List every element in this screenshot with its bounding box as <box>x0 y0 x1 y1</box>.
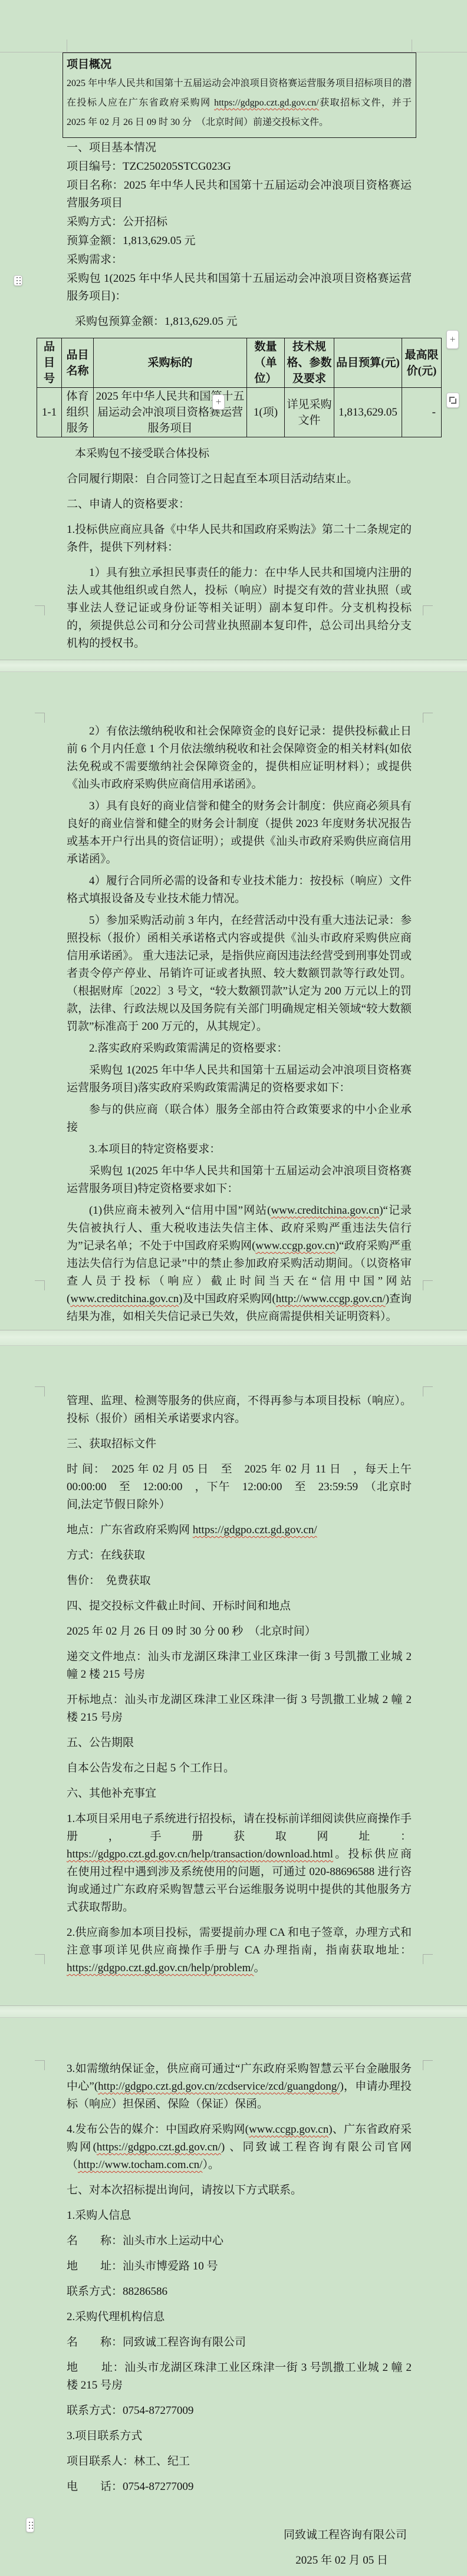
text-boundary-corner <box>35 605 45 615</box>
text-boundary-corner <box>423 713 433 723</box>
text-run: 采购包预算金额：1,813,629.05 元 <box>75 315 238 328</box>
signature-date: 2025 年 02 月 05 日 <box>67 2552 412 2570</box>
header-quantity: 数量（单位） <box>247 338 285 388</box>
text-run: 名 称：同致诚工程咨询有限公司 <box>67 2336 246 2348</box>
text-run: 六、其他补充事宜 <box>67 1787 156 1800</box>
paragraph: 名 称：汕头市水上运动中心 <box>67 2232 412 2250</box>
paragraph: 2.采购代理机构信息 <box>67 2308 412 2326</box>
text-run: 项目名称：2025 年中华人民共和国第十五届运动会冲浪项目资格赛运营服务项目 <box>67 179 412 209</box>
cell-tech-spec: 详见采购文件 <box>285 388 334 437</box>
paragraph: 1.采购人信息 <box>67 2207 412 2225</box>
paragraph: 2）有依法缴纳税收和社会保障资金的良好记录：提供投标截止日前 6 个月内任意 1… <box>67 723 412 793</box>
paragraph: 三、获取招标文件 <box>67 1435 412 1453</box>
text-run: 参与的供应商（联合体）服务全部由符合政策要求的中小企业承接 <box>67 1103 412 1134</box>
text-run: 递交文件地点：汕头市龙湖区珠津工业区珠津一街 3 号凯撒工业城 2 幢 2 楼 … <box>67 1651 412 1681</box>
text-run: 合同履行期限：自合同签订之日起直至本项目活动结束止。 <box>67 473 358 485</box>
text-run: 地点：广东省政府采购网 <box>67 1524 193 1536</box>
page-3-body: 管理、监理、检测等服务的供应商，不得再参与本项目投标（响应）。投标（报价）函相关… <box>67 1346 412 1977</box>
paragraph: 六、其他补充事宜 <box>67 1785 412 1803</box>
paragraph: 采购包预算金额：1,813,629.05 元 <box>67 313 412 331</box>
dots-icon <box>29 2522 30 2523</box>
text-run: 电 话：0754-87277009 <box>67 2481 193 2493</box>
url-text: www.creditchina.gov.cn <box>70 1293 179 1305</box>
url-text: http://www.ccgp.gov.cn/ <box>276 1293 386 1305</box>
procurement-items-table: 品目号 品目名称 采购标的 数量（单位） 技术规格、参数及要求 品目预算(元) … <box>37 338 442 437</box>
text-run: 时 间： 2025 年 02 月 05 日 至 2025 年 02 月 11 日… <box>67 1463 423 1511</box>
paragraph: 时 间： 2025 年 02 月 05 日 至 2025 年 02 月 11 日… <box>67 1461 412 1514</box>
text-run: 3.项目联系方式 <box>67 2430 142 2442</box>
text-run: (1)供应商未被列入“信用中国”网站( <box>89 1204 271 1217</box>
text-run: 5）参加采购活动前 3 年内，在经营活动中没有重大违法记录：参照投标（报价）函相… <box>67 914 412 1033</box>
paragraph: 自本公告发布之日起 5 个工作日。 <box>67 1760 412 1777</box>
text-run: 1.本项目采用电子系统进行招投标，请在投标前详细阅读供应商操作手册，手册获取网址… <box>67 1813 412 1843</box>
text-run: ）。 <box>202 2159 219 2171</box>
page-gap <box>0 660 467 672</box>
text-boundary-corner <box>423 1280 433 1290</box>
paragraph: 采购包 1(2025 年中华人民共和国第十五届运动会冲浪项目资格赛运营服务项目)… <box>67 1062 412 1097</box>
cell-quantity: 1(项) <box>247 388 285 437</box>
text-boundary-corner <box>423 2060 433 2070</box>
paragraph: 一、项目基本情况 <box>67 139 412 157</box>
text-run: )及中国政府采购网( <box>179 1293 276 1305</box>
paragraph: 地点：广东省政府采购网 https://gdgpo.czt.gd.gov.cn/ <box>67 1521 412 1539</box>
paragraph: 管理、监理、检测等服务的供应商，不得再参与本项目投标（响应）。投标（报价）函相关… <box>67 1392 412 1428</box>
url-text: https://gdgpo.czt.gd.gov.cn/ <box>97 2141 221 2153</box>
page-2-body: 2）有依法缴纳税收和社会保障资金的良好记录：提供投标截止日前 6 个月内任意 1… <box>67 672 412 1330</box>
paragraph: 采购包 1(2025 年中华人民共和国第十五届运动会冲浪项目资格赛运营服务项目)… <box>67 1162 412 1198</box>
dots-icon <box>17 277 18 278</box>
paragraph: 2025 年中华人民共和国第十五届运动会冲浪项目资格赛运营服务项目招标项目的潜在… <box>67 74 412 132</box>
paragraph: 1）具有独立承担民事责任的能力：在中华人民共和国境内注册的法人或其他组织或自然人… <box>67 564 412 653</box>
table-header-row: 品目号 品目名称 采购标的 数量（单位） 技术规格、参数及要求 品目预算(元) … <box>37 338 442 388</box>
paragraph: 3.如需缴纳保证金，供应商可通过“广东政府采购智慧云平台金融服务中心”(http… <box>67 2060 412 2113</box>
text-run: 五、公告期限 <box>67 1737 134 1749</box>
page-top-boundary-line <box>0 52 467 52</box>
text-run: 自本公告发布之日起 5 个工作日。 <box>67 1762 235 1774</box>
paragraph: 2025 年 02 月 26 日 09 时 30 分 00 秒 （北京时间） <box>67 1623 412 1641</box>
text-boundary-corner <box>35 713 45 723</box>
signature-company: 同致诚工程咨询有限公司 <box>67 2526 412 2544</box>
text-run: 一、项目基本情况 <box>67 141 156 154</box>
cell-price-limit: - <box>402 388 442 437</box>
text-boundary-corner <box>423 1386 433 1396</box>
url-text: https://gdgpo.czt.gd.gov.cn/ <box>193 1524 317 1536</box>
drag-handle-icon[interactable] <box>26 2518 34 2532</box>
paragraph: 3）具有良好的商业信誉和健全的财务会计制度：供应商必须具有良好的商业信誉和健全的… <box>67 798 412 868</box>
text-run: 4.发布公告的媒介：中国政府采购网( <box>67 2123 249 2136</box>
paragraph: 2.落实政府采购政策需满足的资格要求： <box>67 1040 412 1058</box>
paragraph: 本采购包不接受联合体投标 <box>67 445 412 463</box>
text-run: 采购需求： <box>67 253 123 266</box>
text-run: 2）有依法缴纳税收和社会保障资金的良好记录：提供投标截止日前 6 个月内任意 1… <box>67 725 412 790</box>
text-boundary-corner <box>423 1954 433 1964</box>
url-text: http://gdgpo.czt.gd.gov.cn/zcdservice/zc… <box>98 2080 340 2093</box>
paragraph: 方式：在线获取 <box>67 1547 412 1564</box>
overview-title: 项目概况 <box>67 56 412 74</box>
text-run: 售价： 免费获取 <box>67 1574 151 1587</box>
page-4: 3.如需缴纳保证金，供应商可通过“广东政府采购智慧云平台金融服务中心”(http… <box>0 2018 467 2576</box>
margin-tick-left <box>67 39 67 52</box>
text-run: 联系方式：88286586 <box>67 2285 167 2298</box>
text-run: 七、对本次招标提出询问，请按以下方式联系。 <box>67 2184 302 2196</box>
text-boundary-corner <box>35 1386 45 1396</box>
text-run: 项目联系人：林工、纪工 <box>67 2455 190 2468</box>
cell-item-name: 体育组织服务 <box>62 388 94 437</box>
paragraph: 参与的供应商（联合体）服务全部由符合政策要求的中小企业承接 <box>67 1101 412 1137</box>
paragraph: 递交文件地点：汕头市龙湖区珠津工业区珠津一街 3 号凯撒工业城 2 幢 2 楼 … <box>67 1648 412 1684</box>
table-insert-button[interactable]: + <box>446 330 459 349</box>
table-row: 1-1 体育组织服务 2025 年中华人民共和国第十五届运动会冲浪项目资格赛运营… <box>37 388 442 437</box>
text-run: 四、提交投标文件截止时间、开标时间和地点 <box>67 1600 291 1612</box>
paragraph: 采购需求： <box>67 251 412 269</box>
text-run: 1）具有独立承担民事责任的能力：在中华人民共和国境内注册的法人或其他组织或自然人… <box>67 566 412 650</box>
text-run: 预算金额：1,813,629.05 元 <box>67 235 196 247</box>
header-price-limit: 最高限价(元) <box>402 338 442 388</box>
document-canvas: { "colors": { "background": "#cde3ca", "… <box>0 0 467 2576</box>
text-run: 地 址：汕头市博爱路 10 号 <box>67 2260 218 2272</box>
text-run: 管理、监理、检测等服务的供应商，不得再参与本项目投标（响应）。投标（报价）函相关… <box>67 1395 412 1425</box>
qualification-block: 本采购包不接受联合体投标合同履行期限：自合同签订之日起直至本项目活动结束止。二、… <box>67 445 412 653</box>
paragraph: 二、申请人的资格要求： <box>67 496 412 513</box>
paragraph: 联系方式：0754-87277009 <box>67 2402 412 2420</box>
resize-corners-icon <box>449 397 456 404</box>
text-run: 采购包 1(2025 年中华人民共和国第十五届运动会冲浪项目资格赛运营服务项目)… <box>67 1165 412 1195</box>
paragraph: 合同履行期限：自合同签订之日起直至本项目活动结束止。 <box>67 470 412 488</box>
url-text: www.ccgp.gov.cn <box>255 1240 335 1252</box>
text-run: 采购包 1(2025 年中华人民共和国第十五届运动会冲浪项目资格赛运营服务项目)… <box>67 1064 412 1094</box>
paragraph: 采购方式：公开招标 <box>67 213 412 231</box>
url-text: https://gdgpo.czt.gd.gov.cn/help/problem… <box>67 1962 254 1974</box>
text-run: 三、获取招标文件 <box>67 1438 156 1450</box>
page-4-body: 3.如需缴纳保证金，供应商可通过“广东政府采购智慧云平台金融服务中心”(http… <box>67 2018 412 2570</box>
paragraph: 项目名称：2025 年中华人民共和国第十五届运动会冲浪项目资格赛运营服务项目 <box>67 177 412 212</box>
text-boundary-corner <box>35 1954 45 1964</box>
text-run: 2.落实政府采购政策需满足的资格要求： <box>89 1042 288 1055</box>
paragraph: 名 称：同致诚工程咨询有限公司 <box>67 2334 412 2351</box>
paragraph: 3.项目联系方式 <box>67 2427 412 2445</box>
page-gap <box>0 2005 467 2018</box>
paragraph: 电 话：0754-87277009 <box>67 2478 412 2496</box>
text-run: 3.本项目的特定资格要求： <box>89 1143 221 1155</box>
paragraph: 地 址：汕头市博爱路 10 号 <box>67 2258 412 2275</box>
text-run: 。 <box>254 1962 265 1974</box>
text-run: 3）具有良好的商业信誉和健全的财务会计制度：供应商必须具有良好的商业信誉和健全的… <box>67 800 412 865</box>
cell-budget: 1,813,629.05 <box>334 388 402 437</box>
paragraph: 四、提交投标文件截止时间、开标时间和地点 <box>67 1597 412 1615</box>
url-text: www.creditchina.gov.cn <box>271 1204 379 1217</box>
text-boundary-corner <box>35 2060 45 2070</box>
contact-block: 3.如需缴纳保证金，供应商可通过“广东政府采购智慧云平台金融服务中心”(http… <box>67 2060 412 2496</box>
paragraph: 5）参加采购活动前 3 年内，在经营活动中没有重大违法记录：参照投标（报价）函相… <box>67 912 412 1036</box>
drag-handle-icon[interactable] <box>14 275 22 286</box>
paragraph: 1.本项目采用电子系统进行招投标，请在投标前详细阅读供应商操作手册，手册获取网址… <box>67 1810 412 1916</box>
header-item-no: 品目号 <box>37 338 62 388</box>
paragraph: 4.发布公告的媒介：中国政府采购网(www.ccgp.gov.cn)、广东省政府… <box>67 2121 412 2174</box>
paragraph: 开标地点：汕头市龙湖区珠津工业区珠津一街 3 号凯撒工业城 2 幢 2 楼 21… <box>67 1691 412 1727</box>
table-resize-button[interactable] <box>446 393 459 408</box>
header-budget: 品目预算(元) <box>334 338 402 388</box>
text-run: 名 称：汕头市水上运动中心 <box>67 2235 223 2247</box>
page-2: 2）有依法缴纳税收和社会保障资金的良好记录：提供投标截止日前 6 个月内任意 1… <box>0 672 467 1330</box>
text-run: 2025 年 02 月 26 日 09 时 30 分 00 秒 （北京时间） <box>67 1625 316 1638</box>
paragraph: 地 址：汕头市龙湖区珠津工业区珠津一街 3 号凯撒工业城 2 幢 2 楼 215… <box>67 2359 412 2394</box>
paragraph: 项目联系人：林工、纪工 <box>67 2453 412 2470</box>
text-boundary-corner <box>35 1280 45 1290</box>
url-text: www.ccgp.gov.cn <box>249 2123 328 2136</box>
text-run: 方式：在线获取 <box>67 1549 145 1562</box>
page-3: 管理、监理、检测等服务的供应商，不得再参与本项目投标（响应）。投标（报价）函相关… <box>0 1346 467 2005</box>
paragraph: 3.本项目的特定资格要求： <box>67 1141 412 1158</box>
page-gap <box>0 1330 467 1346</box>
basic-info-block: 一、项目基本情况项目编号：TZC250205STCG023G项目名称：2025 … <box>67 139 412 331</box>
page-1: 项目概况 2025 年中华人民共和国第十五届运动会冲浪项目资格赛运营服务项目招标… <box>0 0 467 660</box>
paragraph: 联系方式：88286586 <box>67 2283 412 2301</box>
text-run: 本采购包不接受联合体投标 <box>75 447 209 460</box>
text-run: 4）履行合同所必需的设备和专业技术能力：按投标（响应）文件格式填报设备及专业技术… <box>67 875 412 905</box>
text-run: 采购方式：公开招标 <box>67 216 167 228</box>
paragraph: 1.投标供应商应具备《中华人民共和国政府采购法》第二十二条规定的条件，提供下列材… <box>67 521 412 556</box>
text-run: 二、申请人的资格要求： <box>67 498 190 510</box>
text-run: 1.采购人信息 <box>67 2209 131 2222</box>
overview-body: 2025 年中华人民共和国第十五届运动会冲浪项目资格赛运营服务项目招标项目的潜在… <box>67 74 412 132</box>
paragraph: 项目编号：TZC250205STCG023G <box>67 158 412 176</box>
header-subject: 采购标的 <box>94 338 247 388</box>
margin-tick-right <box>412 39 412 52</box>
project-overview-box: 项目概况 2025 年中华人民共和国第十五届运动会冲浪项目资格赛运营服务项目招标… <box>63 52 416 138</box>
insert-button[interactable]: + <box>212 394 225 410</box>
cell-item-no: 1-1 <box>37 388 62 437</box>
url-text: https://gdgpo.czt.gd.gov.cn/ <box>214 98 319 108</box>
header-tech-spec: 技术规格、参数及要求 <box>285 338 334 388</box>
text-boundary-corner <box>423 605 433 615</box>
paragraph: 采购包 1(2025 年中华人民共和国第十五届运动会冲浪项目资格赛运营服务项目)… <box>67 270 412 305</box>
paragraph: 七、对本次招标提出询问，请按以下方式联系。 <box>67 2182 412 2199</box>
paragraph: 4）履行合同所必需的设备和专业技术能力：按投标（响应）文件格式填报设备及专业技术… <box>67 872 412 908</box>
text-run: 1.投标供应商应具备《中华人民共和国政府采购法》第二十二条规定的条件，提供下列材… <box>67 523 412 554</box>
paragraph: 售价： 免费获取 <box>67 1572 412 1590</box>
url-text: http://www.tocham.com.cn/ <box>78 2159 202 2171</box>
text-run: 采购包 1(2025 年中华人民共和国第十五届运动会冲浪项目资格赛运营服务项目)… <box>67 272 412 302</box>
text-run: 联系方式：0754-87277009 <box>67 2404 193 2417</box>
paragraph: (1)供应商未被列入“信用中国”网站(www.creditchina.gov.c… <box>67 1202 412 1326</box>
page-1-body: 一、项目基本情况项目编号：TZC250205STCG023G项目名称：2025 … <box>67 139 412 653</box>
paragraph: 五、公告期限 <box>67 1734 412 1752</box>
text-run: 地 址：汕头市龙湖区珠津工业区珠津一街 3 号凯撒工业城 2 幢 2 楼 215… <box>67 2361 412 2391</box>
url-text: https://gdgpo.czt.gd.gov.cn/help/transac… <box>67 1848 333 1860</box>
text-run: 2.采购代理机构信息 <box>67 2311 165 2323</box>
paragraph: 预算金额：1,813,629.05 元 <box>67 232 412 250</box>
paragraph: 2.供应商参加本项目投标，需要提前办理 CA 和电子签章，办理方式和注意事项详见… <box>67 1924 412 1977</box>
text-run: 项目编号：TZC250205STCG023G <box>67 160 231 173</box>
text-run: 开标地点：汕头市龙湖区珠津工业区珠津一街 3 号凯撒工业城 2 幢 2 楼 21… <box>67 1694 412 1724</box>
header-item-name: 品目名称 <box>62 338 94 388</box>
text-run: 2.供应商参加本项目投标，需要提前办理 CA 和电子签章，办理方式和注意事项详见… <box>67 1926 412 1956</box>
